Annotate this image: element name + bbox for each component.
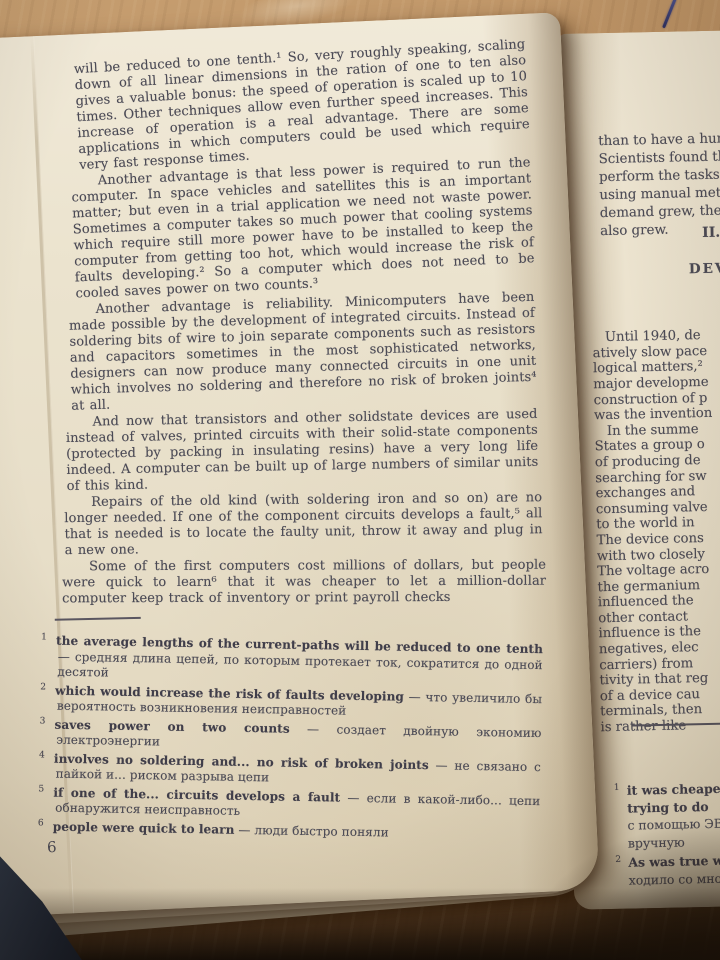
footnote-number: 3 <box>39 714 54 730</box>
text-line: The device cons <box>596 531 715 549</box>
paragraph: Repairs of the old kind (with soldering … <box>64 490 543 559</box>
text-line: is rather like <box>600 718 719 736</box>
footnote-number: 5 <box>38 782 53 798</box>
footnote: 1the average lengths of the current-path… <box>40 630 543 688</box>
footnote-translation: — люди быстро поняли <box>234 822 389 839</box>
text-line: influence is the <box>598 624 717 642</box>
text-line: demand grew, the <box>600 202 720 223</box>
text-line: tivity in that reg <box>599 671 718 689</box>
footnote-number: 1 <box>41 630 56 646</box>
page-number: 6 <box>47 838 57 856</box>
text-line: searching for sw <box>595 468 714 486</box>
text-line: terminals, then <box>600 702 719 720</box>
right-page-intro-paragraph: than to have a hundScientists found thpe… <box>597 94 720 277</box>
footnote-number: 1 <box>614 780 627 798</box>
text-line: the germanium <box>597 577 716 595</box>
left-page: will be reduced to one tenth.¹ So, very … <box>0 12 600 917</box>
paragraph: And now that transistors and other solid… <box>65 407 538 495</box>
paragraph: Some of the first computers cost million… <box>62 558 546 608</box>
chapter-number-heading: II. <box>702 225 720 241</box>
left-page-body: will be reduced to one tenth.¹ So, very … <box>40 42 550 607</box>
footnote-number: 4 <box>39 748 54 764</box>
footnote-number: 6 <box>38 816 53 832</box>
footnote-phrase: people were quick to learn <box>53 819 235 836</box>
chapter-title-heading: DEVE <box>689 260 720 277</box>
footnote-line: 1it was cheaper t <box>614 777 720 799</box>
footnote-number: 2 <box>40 680 55 696</box>
text-line: major developme <box>593 375 712 393</box>
pen-mark <box>662 0 677 28</box>
text-line: of producing de <box>595 453 714 471</box>
footnote-text: it was cheaper t <box>627 780 720 797</box>
paragraph: will be reduced to one tenth.¹ So, very … <box>73 37 531 174</box>
paragraph: Another advantage is that less power is … <box>71 155 536 302</box>
book-photo: than to have a hundScientists found thpe… <box>0 0 720 960</box>
left-page-footnotes: 1the average lengths of the current-path… <box>38 630 543 843</box>
text-line: consuming valve <box>596 500 715 518</box>
desk-corner-shadow <box>520 820 720 960</box>
right-page-body: Until 1940, deatively slow pacelogical m… <box>592 297 720 767</box>
footnote-rule <box>55 617 141 621</box>
footnote-line: trying to do <box>614 797 720 817</box>
paragraph: Another advantage is reliability. Minico… <box>68 290 537 415</box>
footnote-text: trying to do <box>627 799 709 816</box>
